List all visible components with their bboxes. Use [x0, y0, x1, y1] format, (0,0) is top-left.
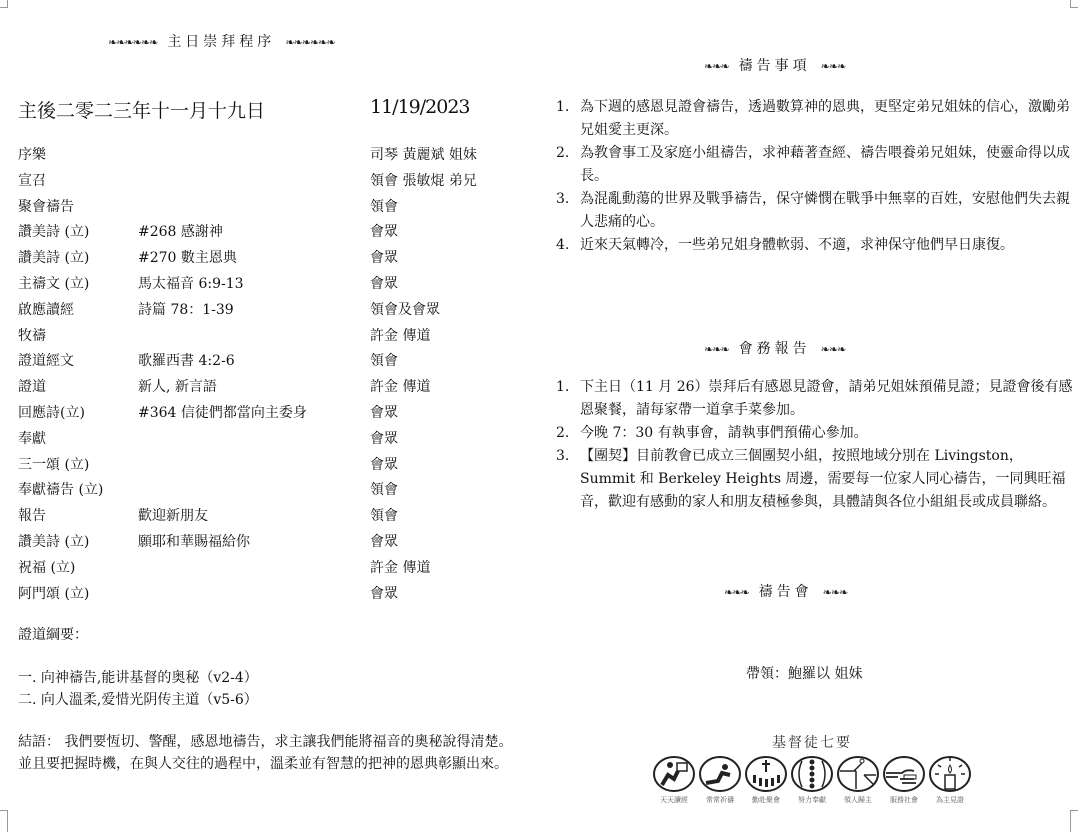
- service-leader: 會眾: [370, 428, 398, 448]
- worship-order-title: 主日崇拜程序: [167, 34, 275, 50]
- service-item: 三一頌 (立): [18, 454, 89, 474]
- list-number: 3.: [556, 188, 569, 211]
- essential-label: 常常祈禱: [706, 795, 734, 805]
- list-item: 2.今晚 7：30 有執事會，請執事們預備心參加。: [556, 422, 1076, 445]
- essential-item: 勤赴聚會: [744, 755, 788, 805]
- service-leader: 領會: [370, 196, 398, 216]
- seven-essentials-icons: 天天讀經 常常祈禱 勤赴聚會 努力奉獻 領人歸主 服務社會: [652, 755, 972, 805]
- service-item: 報告: [18, 505, 46, 525]
- announcements-heading: ❧❧❧會務報告❧❧❧: [704, 338, 845, 358]
- service-row: 三一頌 (立)會眾: [18, 454, 518, 474]
- service-item: 序樂: [18, 144, 46, 164]
- list-text: 下主日（11 月 26）崇拜后有感恩見證會，請弟兄姐妹預備見證；見證會後有感恩聚…: [580, 379, 1073, 418]
- crop-mark: [0, 810, 8, 832]
- essential-label: 天天讀經: [660, 795, 688, 805]
- service-item: 奉獻禱告 (立): [18, 479, 103, 499]
- service-item: 證道經文: [18, 350, 74, 370]
- service-icon: [882, 755, 926, 793]
- prayer-meeting-title: 禱告會: [759, 584, 813, 600]
- service-item: 回應詩(立): [18, 402, 85, 422]
- ornament-icon: ❧❧❧❧❧❧: [108, 36, 157, 49]
- service-row: 宣召領會 張敏焜 弟兄: [18, 170, 518, 190]
- service-leader: 會眾: [370, 583, 398, 603]
- service-row: 啟應讀經詩篇 78：1-39領會及會眾: [18, 299, 518, 319]
- crop-mark: [0, 0, 8, 8]
- service-item: 證道: [18, 376, 46, 396]
- list-number: 2.: [556, 142, 569, 165]
- seven-essentials-title: 基督徒七要: [652, 732, 972, 752]
- service-leader: 會眾: [370, 402, 398, 422]
- worship-order-heading: ❧❧❧❧❧❧主日崇拜程序❧❧❧❧❧❧: [108, 31, 335, 51]
- service-row: 阿門頌 (立)會眾: [18, 583, 518, 603]
- date-numeric: 11/19/2023: [370, 96, 470, 118]
- service-detail: 詩篇 78：1-39: [138, 299, 234, 319]
- service-item: 祝福 (立): [18, 557, 75, 577]
- service-detail: #270 數主恩典: [138, 247, 237, 267]
- service-row: 序樂司琴 黃麗斌 姐妹: [18, 144, 518, 164]
- essential-label: 為主見證: [936, 795, 964, 805]
- service-item: 讚美詩 (立): [18, 531, 89, 551]
- service-detail: #364 信徒們都當向主委身: [138, 402, 307, 422]
- essential-item: 領人歸主: [836, 755, 880, 805]
- service-leader: 領會: [370, 350, 398, 370]
- list-item: 3.為混亂動蕩的世界及戰爭禱告，保守憐憫在戰爭中無辜的百姓，安慰他們失去親人悲痛…: [556, 188, 1076, 234]
- list-number: 4.: [556, 234, 569, 257]
- bulletin-page: ❧❧❧❧❧❧主日崇拜程序❧❧❧❧❧❧ 主後二零二三年十一月十九日 11/19/2…: [0, 0, 1078, 832]
- praying-icon: [698, 755, 742, 793]
- prayer-items-heading: ❧❧❧禱告事項❧❧❧: [704, 55, 845, 75]
- list-item: 4.近來天氣轉冷，一些弟兄姐身體軟弱、不適，求神保守他們早日康復。: [556, 234, 1076, 257]
- list-text: 近來天氣轉冷，一些弟兄姐身體軟弱、不適，求神保守他們早日康復。: [580, 237, 1014, 253]
- service-detail: 願耶和華賜福給你: [138, 531, 250, 551]
- list-number: 1.: [556, 376, 569, 399]
- list-number: 3.: [556, 445, 569, 468]
- service-leader: 領會及會眾: [370, 299, 440, 319]
- service-item: 奉獻: [18, 428, 46, 448]
- service-row: 讚美詩 (立)#268 感謝神會眾: [18, 221, 518, 241]
- service-item: 讚美詩 (立): [18, 221, 89, 241]
- service-leader: 許金 傳道: [370, 376, 430, 396]
- service-leader: 會眾: [370, 273, 398, 293]
- service-row: 祝福 (立)許金 傳道: [18, 557, 518, 577]
- service-item: 牧禱: [18, 325, 46, 345]
- sermon-conclusion: 結語： 我們要恆切、警醒，感恩地禱告，求主讓我們能將福音的奧秘說得清楚。 並且要…: [18, 731, 523, 775]
- service-leader: 會眾: [370, 454, 398, 474]
- sermon-outline-point: 一. 向神禱告,能讲基督的奥秘（v2-4）: [18, 667, 258, 687]
- essential-item: 為主見證: [928, 755, 972, 805]
- essential-item: 常常祈禱: [698, 755, 742, 805]
- essential-label: 領人歸主: [844, 795, 872, 805]
- service-detail: #268 感謝神: [138, 221, 223, 241]
- prayer-items-list: 1.為下週的感恩見證會禱告，透過數算神的恩典，更堅定弟兄姐妹的信心，激勵弟兄姐愛…: [556, 96, 1076, 257]
- service-item: 主禱文 (立): [18, 273, 89, 293]
- prayer-items-title: 禱告事項: [739, 58, 811, 74]
- service-leader: 會眾: [370, 221, 398, 241]
- essential-label: 努力奉獻: [798, 795, 826, 805]
- service-row: 奉獻禱告 (立)領會: [18, 479, 518, 499]
- sermon-outline-point: 二. 向人溫柔,爱惜光阴传主道（v5-6）: [18, 689, 258, 709]
- service-item: 宣召: [18, 170, 46, 190]
- service-row: 證道新人, 新言語許金 傳道: [18, 376, 518, 396]
- reading-bible-icon: [652, 755, 696, 793]
- service-item: 阿門頌 (立): [18, 583, 89, 603]
- essential-item: 努力奉獻: [790, 755, 834, 805]
- sermon-outline-title: 證道綱要：: [18, 624, 88, 644]
- list-text: 為下週的感恩見證會禱告，透過數算神的恩典，更堅定弟兄姐妹的信心，激勵弟兄姐愛主更…: [580, 99, 1070, 138]
- service-leader: 司琴 黃麗斌 姐妹: [370, 144, 477, 164]
- seven-essentials: 基督徒七要 天天讀經 常常祈禱 勤赴聚會 努力奉獻 領人歸主: [652, 732, 972, 805]
- offering-icon: [790, 755, 834, 793]
- essential-item: 天天讀經: [652, 755, 696, 805]
- prayer-meeting-heading: ❧❧❧禱告會❧❧❧: [724, 581, 847, 601]
- service-row: 讚美詩 (立)#270 數主恩典會眾: [18, 247, 518, 267]
- list-number: 2.: [556, 422, 569, 445]
- list-text: 為教會事工及家庭小組禱告，求神藉著查經、禱告喂養弟兄姐妹，使靈命得以成長。: [580, 145, 1070, 184]
- service-item: 聚會禱告: [18, 196, 74, 216]
- service-leader: 領會: [370, 479, 398, 499]
- list-item: 1.下主日（11 月 26）崇拜后有感恩見證會，請弟兄姐妹預備見證；見證會後有感…: [556, 376, 1076, 422]
- essential-item: 服務社會: [882, 755, 926, 805]
- list-text: 【團契】目前教會已成立三個團契小組，按照地域分別在 Livingston，Sum…: [580, 448, 1066, 510]
- service-detail: 歌羅西書 4:2-6: [138, 350, 235, 370]
- ornament-icon: ❧❧❧❧❧❧: [285, 36, 334, 49]
- service-row: 牧禱許金 傳道: [18, 325, 518, 345]
- crop-mark: [1070, 810, 1078, 832]
- service-leader: 許金 傳道: [370, 557, 430, 577]
- list-text: 為混亂動蕩的世界及戰爭禱告，保守憐憫在戰爭中無辜的百姓，安慰他們失去親人悲痛的心…: [580, 191, 1070, 230]
- ornament-icon: ❧❧❧: [821, 343, 846, 356]
- service-detail: 歡迎新朋友: [138, 505, 208, 525]
- ornament-icon: ❧❧❧: [823, 586, 848, 599]
- service-leader: 許金 傳道: [370, 325, 430, 345]
- witness-candle-icon: [928, 755, 972, 793]
- service-row: 聚會禱告領會: [18, 196, 518, 216]
- evangelism-icon: [836, 755, 880, 793]
- announcements-title: 會務報告: [739, 341, 811, 357]
- ornament-icon: ❧❧❧: [724, 586, 749, 599]
- list-item: 3.【團契】目前教會已成立三個團契小組，按照地域分別在 Livingston，S…: [556, 445, 1076, 514]
- service-row: 報告歡迎新朋友領會: [18, 505, 518, 525]
- crop-mark: [1070, 0, 1078, 8]
- date-chinese: 主後二零二三年十一月十九日: [18, 96, 265, 123]
- list-item: 1.為下週的感恩見證會禱告，透過數算神的恩典，更堅定弟兄姐妹的信心，激勵弟兄姐愛…: [556, 96, 1076, 142]
- service-detail: 新人, 新言語: [138, 376, 217, 396]
- prayer-meeting-leader: 帶領：鮑羅以 姐妹: [746, 663, 862, 683]
- ornament-icon: ❧❧❧: [704, 343, 729, 356]
- service-leader: 會眾: [370, 247, 398, 267]
- list-number: 1.: [556, 96, 569, 119]
- ornament-icon: ❧❧❧: [704, 60, 729, 73]
- service-item: 讚美詩 (立): [18, 247, 89, 267]
- service-row: 主禱文 (立)馬太福音 6:9-13會眾: [18, 273, 518, 293]
- announcements-list: 1.下主日（11 月 26）崇拜后有感恩見證會，請弟兄姐妹預備見證；見證會後有感…: [556, 376, 1076, 514]
- service-detail: 馬太福音 6:9-13: [138, 273, 244, 293]
- service-row: 讚美詩 (立)願耶和華賜福給你會眾: [18, 531, 518, 551]
- service-leader: 領會 張敏焜 弟兄: [370, 170, 477, 190]
- service-row: 回應詩(立)#364 信徒們都當向主委身會眾: [18, 402, 518, 422]
- essential-label: 服務社會: [890, 795, 918, 805]
- service-row: 奉獻會眾: [18, 428, 518, 448]
- essential-label: 勤赴聚會: [752, 795, 780, 805]
- service-leader: 領會: [370, 505, 398, 525]
- ornament-icon: ❧❧❧: [821, 60, 846, 73]
- list-item: 2.為教會事工及家庭小組禱告，求神藉著查經、禱告喂養弟兄姐妹，使靈命得以成長。: [556, 142, 1076, 188]
- service-row: 證道經文歌羅西書 4:2-6領會: [18, 350, 518, 370]
- gathering-icon: [744, 755, 788, 793]
- service-leader: 會眾: [370, 531, 398, 551]
- list-text: 今晚 7：30 有執事會，請執事們預備心參加。: [580, 425, 868, 441]
- service-item: 啟應讀經: [18, 299, 74, 319]
